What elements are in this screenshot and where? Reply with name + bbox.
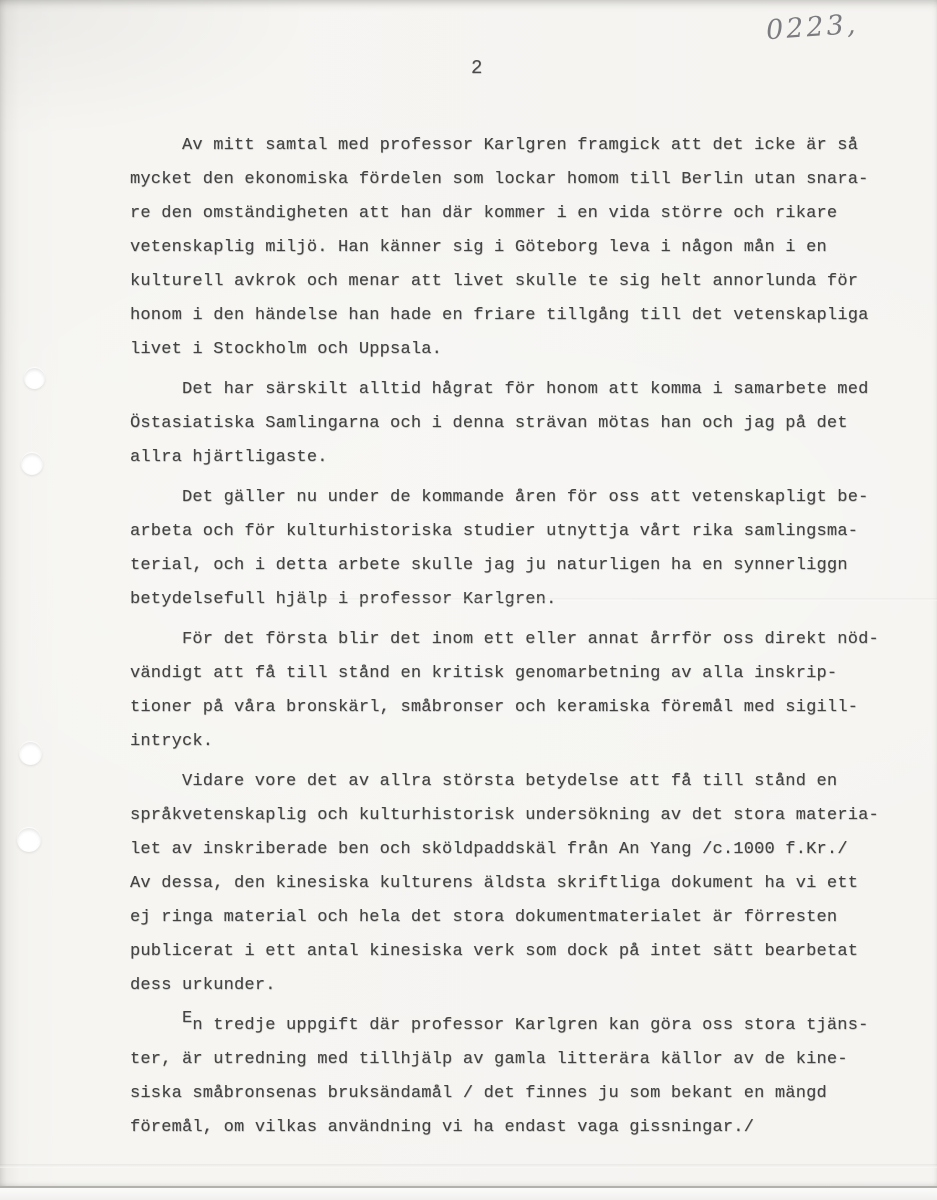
text-line: ej ringa material och hela det stora dok…	[130, 908, 916, 942]
paragraph: Det gäller nu under de kommande åren för…	[130, 488, 916, 624]
text-line: Det har särskilt alltid hågrat för honom…	[130, 380, 916, 414]
paper-sheet: 0223, 2 Av mitt samtal med professor Kar…	[0, 0, 937, 1188]
handwritten-archive-number: 0223,	[765, 9, 859, 46]
scanned-page: 0223, 2 Av mitt samtal med professor Kar…	[0, 0, 937, 1200]
text-line: let av inskriberade ben och sköldpaddskä…	[130, 840, 916, 874]
text-line: allra hjärtligaste.	[130, 448, 916, 482]
text-line: vetenskaplig miljö. Han känner sig i Göt…	[130, 238, 916, 272]
paragraph: Vidare vore det av allra största betydel…	[130, 772, 916, 1010]
text-line: betydelsefull hjälp i professor Karlgren…	[130, 590, 916, 624]
text-line: vändigt att få till stånd en kritisk gen…	[130, 664, 916, 698]
text-line: Det gäller nu under de kommande åren för…	[130, 488, 916, 522]
text-line: språkvetenskaplig och kulturhistorisk un…	[130, 806, 916, 840]
text-line: publicerat i ett antal kinesiska verk so…	[130, 942, 916, 976]
text-line: Av mitt samtal med professor Karlgren fr…	[130, 136, 916, 170]
text-line: arbeta och för kulturhistoriska studier …	[130, 522, 916, 556]
typewritten-text: Av mitt samtal med professor Karlgren fr…	[130, 136, 916, 1158]
paper-crease	[0, 1164, 937, 1168]
text-line: re den omständigheten att han där kommer…	[130, 204, 916, 238]
text-line: kulturell avkrok och menar att livet sku…	[130, 272, 916, 306]
text-line: Av dessa, den kinesiska kulturens äldsta…	[130, 874, 916, 908]
text-line: tioner på våra bronskärl, småbronser och…	[130, 698, 916, 732]
text-line: mycket den ekonomiska fördelen som locka…	[130, 170, 916, 204]
text-line: Vidare vore det av allra största betydel…	[130, 772, 916, 806]
raised-letter: E	[182, 1009, 192, 1028]
text-line: För det första blir det inom ett eller a…	[130, 630, 916, 664]
text-line: honom i den händelse han hade en friare …	[130, 306, 916, 340]
text-line: livet i Stockholm och Uppsala.	[130, 340, 916, 374]
paragraph: En tredje uppgift där professor Karlgren…	[130, 1016, 916, 1152]
text-line: En tredje uppgift där professor Karlgren…	[130, 1016, 916, 1050]
text-line: Östasiatiska Samlingarna och i denna str…	[130, 414, 916, 448]
punch-hole	[17, 828, 41, 852]
page-number: 2	[471, 57, 482, 79]
scanner-background	[0, 1188, 937, 1200]
paragraph: Av mitt samtal med professor Karlgren fr…	[130, 136, 916, 374]
paragraph: Det har särskilt alltid hågrat för honom…	[130, 380, 916, 482]
text-line: siska småbronsenas bruksändamål / det fi…	[130, 1084, 916, 1118]
text-line: föremål, om vilkas användning vi ha enda…	[130, 1118, 916, 1152]
text-line: intryck.	[130, 732, 916, 766]
text-line: dess urkunder.	[130, 976, 916, 1010]
text-line: ter, är utredning med tillhjälp av gamla…	[130, 1050, 916, 1084]
text-line: terial, och i detta arbete skulle jag ju…	[130, 556, 916, 590]
punch-hole	[24, 368, 45, 389]
punch-hole	[21, 453, 43, 475]
paragraph: För det första blir det inom ett eller a…	[130, 630, 916, 766]
punch-hole	[19, 742, 42, 765]
